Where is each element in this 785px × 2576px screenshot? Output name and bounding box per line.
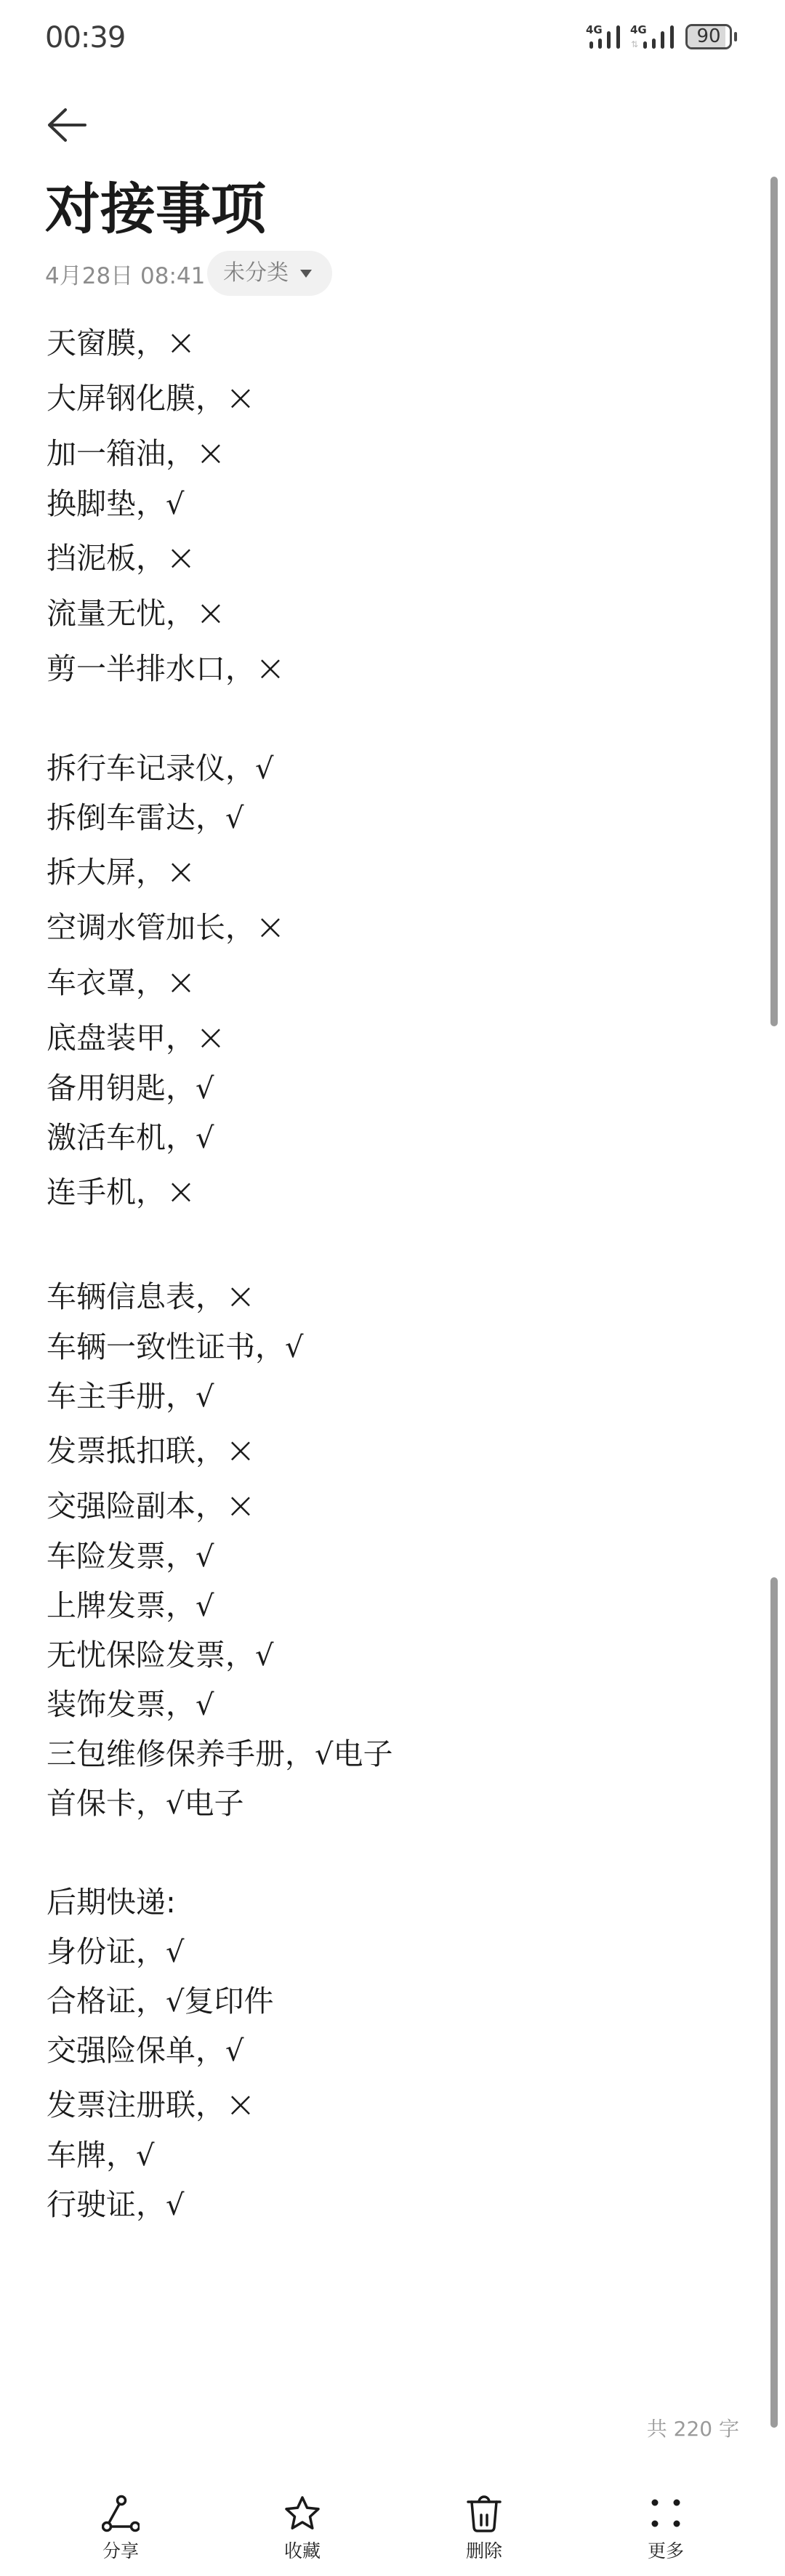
item-label: 激活车机，	[47, 1120, 196, 1155]
sim2-signal-icon	[643, 25, 677, 49]
star-icon	[283, 2495, 321, 2532]
check-mark-icon: √	[196, 1122, 214, 1155]
list-item[interactable]: 剪一半排水口，×	[47, 639, 744, 694]
list-item[interactable]: 拆倒车雷达，√	[47, 793, 744, 842]
check-mark-icon: √	[196, 1540, 214, 1574]
cross-mark-icon: ×	[255, 640, 281, 696]
dropdown-triangle-icon	[300, 270, 312, 278]
cross-mark-icon: ×	[166, 844, 192, 899]
battery-icon: 90	[685, 24, 732, 49]
share-button[interactable]: 分享	[30, 2495, 212, 2567]
list-item[interactable]: 拆大屏，×	[47, 842, 744, 898]
delete-label: 删除	[466, 2540, 502, 2562]
list-item[interactable]: 发票抵扣联，×	[47, 1421, 744, 1476]
list-item[interactable]: 发票注册联，×	[47, 2075, 744, 2130]
item-label: 流量无忧，	[47, 596, 196, 631]
item-label: 发票抵扣联，	[47, 1433, 225, 1468]
list-item[interactable]: 身份证，√	[47, 1927, 744, 1976]
check-mark-icon: √	[315, 1738, 334, 1771]
share-icon	[102, 2495, 140, 2532]
list-item[interactable]: 天窗膜，×	[47, 313, 744, 369]
item-label: 无忧保险发票，	[47, 1638, 255, 1673]
check-mark-icon: √	[196, 1590, 214, 1623]
more-label: 更多	[648, 2540, 684, 2562]
cross-mark-icon: ×	[225, 1478, 251, 1533]
check-mark-icon: √	[166, 1985, 185, 2018]
list-item[interactable]: 底盘装甲，×	[47, 1008, 744, 1063]
list-item[interactable]: 大屏钢化膜，×	[47, 369, 744, 424]
list-item[interactable]: 车衣罩，×	[47, 953, 744, 1008]
arrow-left-icon	[41, 103, 92, 147]
list-item[interactable]: 车主手册，√	[47, 1372, 744, 1421]
item-label: 空调水管加长，	[47, 910, 255, 945]
category-label: 未分类	[223, 251, 289, 296]
check-mark-icon: √	[196, 1380, 214, 1414]
item-note: 复印件	[185, 1984, 274, 2018]
status-time: 00:39	[45, 20, 125, 55]
list-item[interactable]: 行驶证，√	[47, 2180, 744, 2229]
list-item[interactable]: 流量无忧，×	[47, 584, 744, 639]
item-label: 交强险副本，	[47, 1489, 225, 1524]
battery-level: 90	[688, 26, 730, 47]
data-arrows-icon: ⇅	[631, 40, 638, 49]
check-mark-icon: √	[136, 2139, 155, 2173]
list-item[interactable]: 激活车机，√	[47, 1113, 744, 1162]
item-label: 挡泥板，	[47, 541, 166, 576]
check-mark-icon: √	[166, 1787, 185, 1821]
check-mark-icon: √	[166, 2189, 185, 2222]
cross-mark-icon: ×	[196, 1010, 222, 1065]
check-mark-icon: √	[166, 488, 185, 521]
item-label: 备用钥匙，	[47, 1071, 196, 1106]
sim1-signal-icon	[589, 25, 624, 49]
favorite-label: 收藏	[284, 2540, 321, 2562]
check-mark-icon: √	[285, 1331, 304, 1364]
item-label: 拆行车记录仪，	[47, 751, 255, 786]
item-label: 三包维修保养手册，	[47, 1736, 315, 1771]
list-item[interactable]: 合格证，√复印件	[47, 1976, 744, 2026]
cross-mark-icon: ×	[166, 315, 192, 370]
check-mark-icon: √	[166, 1936, 185, 1969]
list-item[interactable]: 车辆信息表，×	[47, 1267, 744, 1322]
check-mark-icon: √	[225, 802, 244, 835]
cross-mark-icon: ×	[225, 1422, 251, 1478]
item-label: 拆倒车雷达，	[47, 800, 225, 835]
bottom-toolbar: 分享 收藏 删除 更多	[30, 2495, 757, 2567]
check-mark-icon: √	[196, 1689, 214, 1722]
item-label: 车衣罩，	[47, 965, 166, 1000]
list-item[interactable]: 交强险保单，√	[47, 2026, 744, 2075]
item-note: 电子	[334, 1736, 393, 1771]
list-item[interactable]: 换脚垫，√	[47, 479, 744, 528]
list-item[interactable]: 上牌发票，√	[47, 1581, 744, 1630]
list-item[interactable]: 加一箱油，×	[47, 424, 744, 479]
battery-nub	[734, 32, 737, 41]
list-item[interactable]: 车险发票，√	[47, 1531, 744, 1581]
item-label: 换脚垫，	[47, 486, 166, 521]
list-item[interactable]: 首保卡，√电子	[47, 1779, 744, 1828]
favorite-button[interactable]: 收藏	[212, 2495, 393, 2567]
cross-mark-icon: ×	[225, 370, 251, 425]
item-label: 装饰发票，	[47, 1687, 196, 1722]
note-title[interactable]: 对接事项	[45, 179, 266, 240]
list-item[interactable]: 交强险副本，×	[47, 1476, 744, 1531]
section-heading[interactable]: 后期快递:	[47, 1877, 744, 1927]
cross-mark-icon: ×	[225, 2077, 251, 2132]
list-item[interactable]: 三包维修保养手册，√电子	[47, 1729, 744, 1779]
item-label: 上牌发票，	[47, 1588, 196, 1623]
check-mark-icon: √	[255, 1639, 274, 1673]
check-mark-icon: √	[225, 2034, 244, 2068]
item-label: 天窗膜，	[47, 326, 166, 361]
cross-mark-icon: ×	[166, 1164, 192, 1219]
cross-mark-icon: ×	[196, 585, 222, 640]
list-item[interactable]: 车牌，√	[47, 2130, 744, 2180]
list-item[interactable]: 无忧保险发票，√	[47, 1630, 744, 1680]
blank-line[interactable]	[47, 1217, 744, 1267]
item-label: 首保卡，	[47, 1786, 166, 1821]
back-button[interactable]	[41, 103, 92, 147]
item-label: 车辆信息表，	[47, 1279, 225, 1314]
list-item[interactable]: 拆行车记录仪，√	[47, 744, 744, 793]
more-grid-icon	[647, 2495, 685, 2532]
note-date: 4月28日 08:41	[45, 262, 205, 291]
item-label: 车辆一致性证书，	[47, 1329, 285, 1364]
item-label: 加一箱油，	[47, 436, 196, 471]
item-label: 剪一半排水口，	[47, 651, 255, 686]
item-label: 车牌，	[47, 2138, 136, 2173]
item-note: 电子	[185, 1786, 244, 1821]
item-label: 拆大屏，	[47, 855, 166, 890]
blank-line[interactable]	[47, 694, 744, 744]
item-label: 行驶证，	[47, 2187, 166, 2222]
list-item[interactable]: 装饰发票，√	[47, 1680, 744, 1729]
list-item[interactable]: 空调水管加长，×	[47, 898, 744, 953]
item-label: 身份证，	[47, 1934, 166, 1969]
scrollbar-thumb-upper[interactable]	[770, 177, 778, 1026]
item-label: 车险发票，	[47, 1539, 196, 1574]
list-item[interactable]: 备用钥匙，√	[47, 1063, 744, 1113]
cross-mark-icon: ×	[166, 530, 192, 585]
note-body-editor[interactable]: 天窗膜，× 大屏钢化膜，× 加一箱油，× 换脚垫，√ 挡泥板，× 流量无忧，× …	[47, 313, 744, 2229]
share-label: 分享	[102, 2540, 139, 2562]
item-label: 连手机，	[47, 1175, 166, 1209]
cross-mark-icon: ×	[255, 899, 281, 954]
item-label: 发票注册联，	[47, 2088, 225, 2122]
scrollbar-thumb-lower[interactable]	[770, 1577, 778, 2428]
item-label: 交强险保单，	[47, 2033, 225, 2068]
cross-mark-icon: ×	[225, 1268, 251, 1324]
blank-line[interactable]	[47, 1828, 744, 1877]
more-button[interactable]: 更多	[575, 2495, 757, 2567]
list-item[interactable]: 车辆一致性证书，√	[47, 1322, 744, 1372]
check-mark-icon: √	[255, 752, 274, 786]
word-count: 共 220 字	[647, 2416, 739, 2442]
item-label: 车主手册，	[47, 1379, 196, 1414]
item-label: 底盘装甲，	[47, 1021, 196, 1055]
item-label: 合格证，	[47, 1984, 166, 2018]
list-item[interactable]: 连手机，×	[47, 1162, 744, 1217]
category-dropdown[interactable]: 未分类	[207, 251, 332, 296]
item-label: 大屏钢化膜，	[47, 381, 225, 416]
list-item[interactable]: 挡泥板，×	[47, 528, 744, 584]
delete-button[interactable]: 删除	[393, 2495, 575, 2567]
cross-mark-icon: ×	[196, 425, 222, 480]
check-mark-icon: √	[196, 1072, 214, 1106]
trash-icon	[465, 2495, 503, 2532]
cross-mark-icon: ×	[166, 954, 192, 1010]
